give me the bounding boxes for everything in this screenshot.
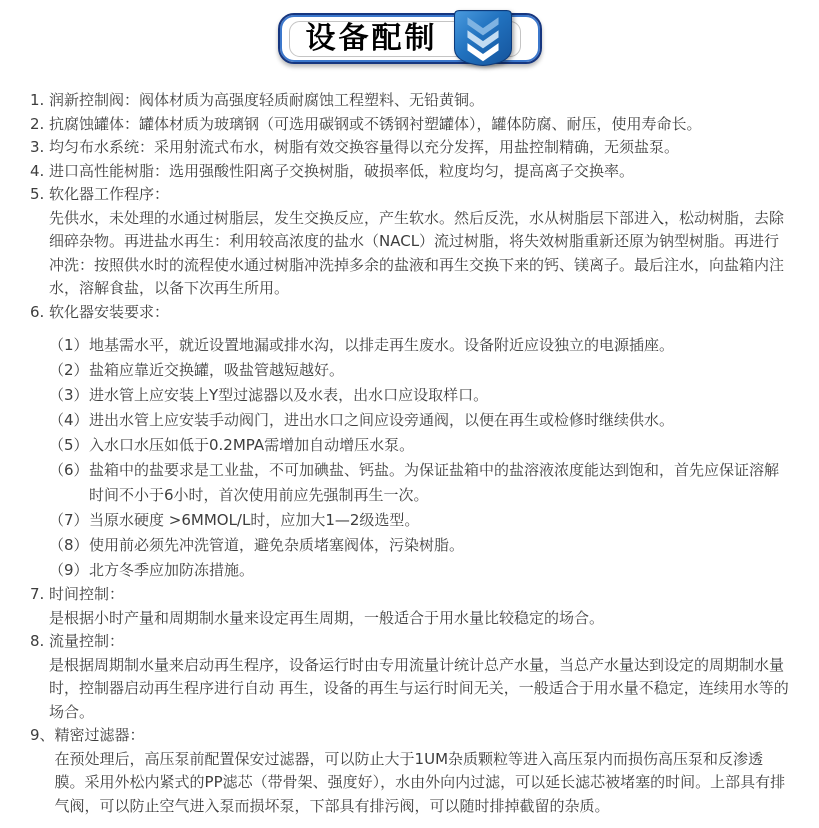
item-marker: 3. xyxy=(30,136,49,160)
item-marker: 9、 xyxy=(30,724,55,818)
sub-item-marker: （3） xyxy=(49,383,89,408)
sub-item-marker: （1） xyxy=(49,333,89,358)
sub-item-text: 地基需水平，就近设置地漏或排水沟，以排走再生废水。设备附近应设独立的电源插座。 xyxy=(89,333,793,358)
item-text: 抗腐蚀罐体：罐体材质为玻璃钢（可选用碳钢或不锈钢衬塑罐体），罐体防腐、耐压，使用… xyxy=(49,113,793,137)
page-title: 设备配制 xyxy=(306,24,438,54)
list-item: 2.抗腐蚀罐体：罐体材质为玻璃钢（可选用碳钢或不锈钢衬塑罐体），罐体防腐、耐压，… xyxy=(30,113,793,137)
item-marker: 6. xyxy=(30,301,49,584)
item-body: 先供水，未处理的水通过树脂层，发生交换反应，产生软水。然后反洗，水从树脂层下部进… xyxy=(49,207,793,301)
sub-item: （9）北方冬季应加防冻措施。 xyxy=(49,558,793,583)
item-marker: 5. xyxy=(30,183,49,301)
sub-item-marker: （7） xyxy=(49,508,89,533)
sub-item: （7）当原水硬度 >6MMOL/L时，应加大1—2级选型。 xyxy=(49,508,793,533)
sub-item: （2）盐箱应靠近交换罐，吸盐管越短越好。 xyxy=(49,358,793,383)
item-marker: 4. xyxy=(30,160,49,184)
item-text: 流量控制： xyxy=(49,630,793,654)
sub-item-text: 进水管上应安装上Y型过滤器以及水表，出水口应设取样口。 xyxy=(89,383,793,408)
item-content: 抗腐蚀罐体：罐体材质为玻璃钢（可选用碳钢或不锈钢衬塑罐体），罐体防腐、耐压，使用… xyxy=(49,113,793,137)
item-content: 均匀布水系统：采用射流式布水，树脂有效交换容量得以充分发挥，用盐控制精确，无须盐… xyxy=(49,136,793,160)
item-content: 软化器安装要求：（1）地基需水平，就近设置地漏或排水沟，以排走再生废水。设备附近… xyxy=(49,301,793,584)
item-body: 是根据小时产量和周期制水量来设定再生周期，一般适合于用水量比较稳定的场合。 xyxy=(49,607,793,631)
item-text: 软化器安装要求： xyxy=(49,301,793,325)
sub-item-text: 北方冬季应加防冻措施。 xyxy=(89,558,793,583)
list-item: 3.均匀布水系统：采用射流式布水，树脂有效交换容量得以充分发挥，用盐控制精确，无… xyxy=(30,136,793,160)
list-item: 9、精密过滤器：在预处理后，高压泵前配置保安过滤器，可以防止大于1UM杂质颗粒等… xyxy=(30,724,793,818)
item-marker: 8. xyxy=(30,630,49,724)
list-item: 4.进口高性能树脂：选用强酸性阳离子交换树脂，破损率低，粒度均匀，提高离子交换率… xyxy=(30,160,793,184)
sub-list: （1）地基需水平，就近设置地漏或排水沟，以排走再生废水。设备附近应设独立的电源插… xyxy=(49,333,793,583)
item-text: 软化器工作程序： xyxy=(49,183,793,207)
document-page: 设备配制 1.润新控制阀： xyxy=(0,0,819,828)
item-body: 在预处理后，高压泵前配置保安过滤器，可以防止大于1UM杂质颗粒等进入高压泵内而损… xyxy=(55,748,793,819)
sub-item-marker: （9） xyxy=(49,558,89,583)
sub-item-text: 当原水硬度 >6MMOL/L时，应加大1—2级选型。 xyxy=(89,508,793,533)
item-body: 是根据周期制水量来启动再生程序，设备运行时由专用流量计统计总产水量，当总产水量达… xyxy=(49,654,793,725)
item-text: 精密过滤器： xyxy=(55,724,793,748)
list-item: 7.时间控制：是根据小时产量和周期制水量来设定再生周期，一般适合于用水量比较稳定… xyxy=(30,583,793,630)
content-list: 1.润新控制阀：阀体材质为高强度轻质耐腐蚀工程塑料、无铅黄铜。2.抗腐蚀罐体：罐… xyxy=(0,64,819,828)
item-content: 润新控制阀：阀体材质为高强度轻质耐腐蚀工程塑料、无铅黄铜。 xyxy=(49,89,793,113)
sub-item-marker: （5） xyxy=(49,433,89,458)
item-marker: 1. xyxy=(30,89,49,113)
sub-item-text: 进出水管上应安装手动阀门，进出水口之间应设旁通阀，以便在再生或检修时继续供水。 xyxy=(89,408,793,433)
sub-item-marker: （6） xyxy=(49,458,89,508)
item-marker: 2. xyxy=(30,113,49,137)
list-item: 8.流量控制：是根据周期制水量来启动再生程序，设备运行时由专用流量计统计总产水量… xyxy=(30,630,793,724)
list-item: 6.软化器安装要求：（1）地基需水平，就近设置地漏或排水沟，以排走再生废水。设备… xyxy=(30,301,793,584)
sub-item: （3）进水管上应安装上Y型过滤器以及水表，出水口应设取样口。 xyxy=(49,383,793,408)
list-item: 5.软化器工作程序：先供水，未处理的水通过树脂层，发生交换反应，产生软水。然后反… xyxy=(30,183,793,301)
sub-item-marker: （4） xyxy=(49,408,89,433)
sub-item: （1）地基需水平，就近设置地漏或排水沟，以排走再生废水。设备附近应设独立的电源插… xyxy=(49,333,793,358)
triple-chevron-down-icon xyxy=(454,10,512,66)
sub-item-text: 盐箱应靠近交换罐，吸盐管越短越好。 xyxy=(89,358,793,383)
sub-item: （6）盐箱中的盐要求是工业盐，不可加碘盐、钙盐。为保证盐箱中的盐溶液浓度能达到饱… xyxy=(49,458,793,508)
item-text: 进口高性能树脂：选用强酸性阳离子交换树脂，破损率低，粒度均匀，提高离子交换率。 xyxy=(49,160,793,184)
item-marker: 7. xyxy=(30,583,49,630)
sub-item-marker: （2） xyxy=(49,358,89,383)
item-text: 均匀布水系统：采用射流式布水，树脂有效交换容量得以充分发挥，用盐控制精确，无须盐… xyxy=(49,136,793,160)
sub-item: （8）使用前必须先冲洗管道，避免杂质堵塞阀体，污染树脂。 xyxy=(49,533,793,558)
item-content: 进口高性能树脂：选用强酸性阳离子交换树脂，破损率低，粒度均匀，提高离子交换率。 xyxy=(49,160,793,184)
sub-item-text: 入水口水压如低于0.2MPA需增加自动增压水泵。 xyxy=(89,433,793,458)
header: 设备配制 xyxy=(0,0,819,64)
list-item: 1.润新控制阀：阀体材质为高强度轻质耐腐蚀工程塑料、无铅黄铜。 xyxy=(30,89,793,113)
sub-item-text: 盐箱中的盐要求是工业盐，不可加碘盐、钙盐。为保证盐箱中的盐溶液浓度能达到饱和，首… xyxy=(89,458,793,508)
item-content: 时间控制：是根据小时产量和周期制水量来设定再生周期，一般适合于用水量比较稳定的场… xyxy=(49,583,793,630)
title-badge: 设备配制 xyxy=(278,13,542,64)
item-text: 时间控制： xyxy=(49,583,793,607)
item-content: 软化器工作程序：先供水，未处理的水通过树脂层，发生交换反应，产生软水。然后反洗，… xyxy=(49,183,793,301)
item-content: 流量控制：是根据周期制水量来启动再生程序，设备运行时由专用流量计统计总产水量，当… xyxy=(49,630,793,724)
item-text: 润新控制阀：阀体材质为高强度轻质耐腐蚀工程塑料、无铅黄铜。 xyxy=(49,89,793,113)
sub-item-marker: （8） xyxy=(49,533,89,558)
sub-item: （4）进出水管上应安装手动阀门，进出水口之间应设旁通阀，以便在再生或检修时继续供… xyxy=(49,408,793,433)
sub-item-text: 使用前必须先冲洗管道，避免杂质堵塞阀体，污染树脂。 xyxy=(89,533,793,558)
item-content: 精密过滤器：在预处理后，高压泵前配置保安过滤器，可以防止大于1UM杂质颗粒等进入… xyxy=(55,724,793,818)
sub-item: （5）入水口水压如低于0.2MPA需增加自动增压水泵。 xyxy=(49,433,793,458)
